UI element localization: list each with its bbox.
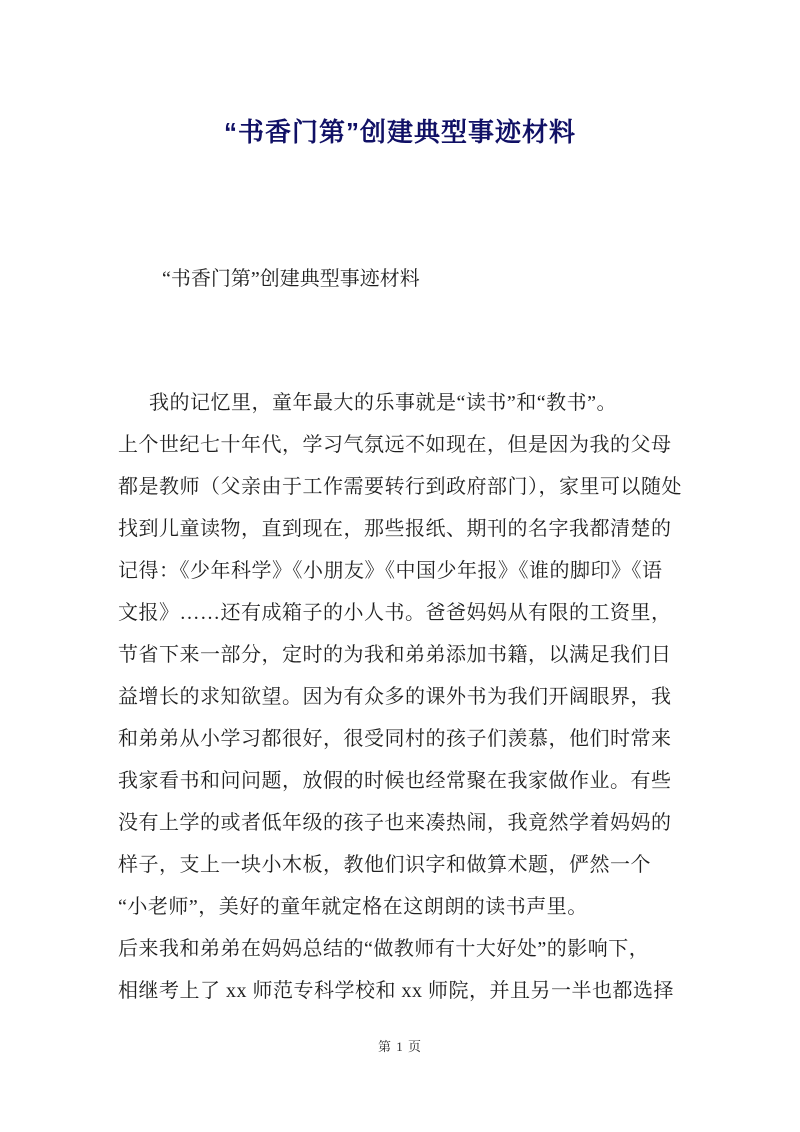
text-line: 找到儿童读物，直到现在，那些报纸、期刊的名字我都清楚的	[118, 508, 696, 550]
text-line: 文报》……还有成箱子的小人书。爸爸妈妈从有限的工资里，	[118, 592, 696, 634]
page-number: 第 1 页	[0, 1036, 800, 1055]
text-line: 节省下来一部分，定时的为我和弟弟添加书籍，以满足我们日	[118, 634, 696, 676]
text-line: 益增长的求知欲望。因为有众多的课外书为我们开阔眼界，我	[118, 676, 696, 718]
text-line: 上个世纪七十年代，学习气氛远不如现在，但是因为我的父母	[118, 424, 696, 466]
document-title: “书香门第”创建典型事迹材料	[0, 112, 800, 149]
text-line: 我家看书和问问题，放假的时候也经常聚在我家做作业。有些	[118, 760, 696, 802]
text-line: 后来我和弟弟在妈妈总结的“做教师有十大好处”的影响下，	[118, 928, 696, 970]
text-line: 相继考上了 xx 师范专科学校和 xx 师院，并且另一半也都选择	[118, 970, 696, 1012]
text-line: 都是教师（父亲由于工作需要转行到政府部门），家里可以随处	[118, 466, 696, 508]
text-line: “小老师”，美好的童年就定格在这朗朗的读书声里。	[118, 886, 696, 928]
document-page: “书香门第”创建典型事迹材料 “书香门第”创建典型事迹材料 我的记忆里，童年最大…	[0, 0, 800, 1132]
text-line: 样子，支上一块小木板，教他们识字和做算术题，俨然一个	[118, 844, 696, 886]
text-line: 和弟弟从小学习都很好，很受同村的孩子们羡慕，他们时常来	[118, 718, 696, 760]
text-line: 没有上学的或者低年级的孩子也来凑热闹，我竟然学着妈妈的	[118, 802, 696, 844]
document-subtitle: “书香门第”创建典型事迹材料	[162, 262, 420, 291]
text-line: 记得：《少年科学》《小朋友》《中国少年报》《谁的脚印》《语	[118, 550, 696, 592]
text-line: 我的记忆里，童年最大的乐事就是“读书”和“教书”。	[118, 382, 696, 424]
document-body: 我的记忆里，童年最大的乐事就是“读书”和“教书”。上个世纪七十年代，学习气氛远不…	[118, 382, 696, 1012]
